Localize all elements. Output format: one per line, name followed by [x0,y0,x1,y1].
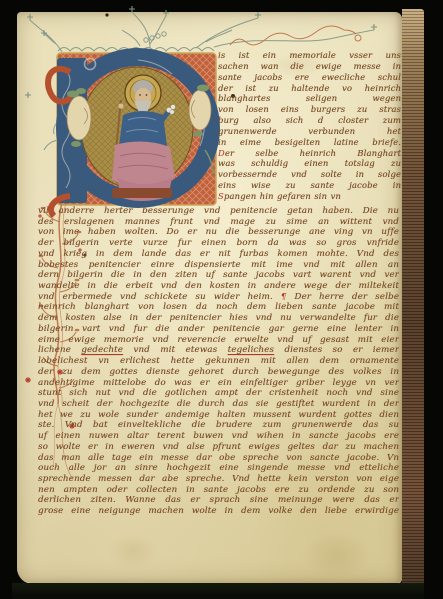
text-line: vnd scheit der hochgezite die durch das … [38,399,399,410]
text-line: vnd erbermede vnd schickete su wider hei… [38,292,399,303]
text-line: der bilgerin verte vurze fur einen born … [38,238,399,249]
text-line: vorbessernde vnd solte in solge [218,169,401,180]
text-line: Der selbe heinrich Blanghart [218,148,401,159]
text-line: von ime haben wolten. Do er nu die besse… [38,227,399,238]
manuscript-photo: is ist ein memoriale vsser unssachen wan… [0,0,443,599]
text-line: dem kosten alse in der penitencier hies … [38,313,399,324]
text-line: sprechende messen dar abe spreche. Vnd h… [38,474,399,485]
text-body-block: vil anderre herter besserunge vnd penite… [38,206,399,517]
parchment-stain [302,532,372,578]
text-line: der ist zu haltende vo heinrich [218,83,401,94]
text-line: eins wise zu sante jacobe in [218,180,401,191]
text-line: wandelte in die erbeit vnd den kosten in… [38,281,399,292]
text-column-beside-initial: is ist ein memoriale vsser unssachen wan… [218,50,401,202]
text-line: andehtigime mittelobe do was er ein einf… [38,378,399,389]
text-line: das man alle tage ein messe dar obe spre… [38,453,399,464]
text-line: is ist ein memoriale vsser uns [218,50,401,61]
text-line: vnd krieg in dem lande das er nit furbas… [38,249,399,260]
text-line: lobelichest vn erlichest hette gekunnen … [38,356,399,367]
text-line: grose eine neigunge machen wolte in dem … [38,506,399,517]
text-line: dern bilgerin die in den ziten uf sante … [38,270,399,281]
text-line: bilgerin vart vnd fur die ander penitenc… [38,324,399,335]
text-line: stunt sich nut vnd die gotlichen ampt de… [38,388,399,399]
text-line: ouch alle jor an sinre hochgezit eine si… [38,463,399,474]
text-line: von losen eins burgers zu stras [218,104,401,115]
text-line: eime ewige memorie vnd reverencie erwelt… [38,335,399,346]
text-line: heinrich blanghart von losen da noch dem… [38,302,399,313]
book-page-edge [402,9,424,585]
text-line: uf einen nuwen altar terent buwen vnd wi… [38,431,399,442]
text-line: blanghartes seligen wegen [218,93,401,104]
text-line: Spangen hin gefaren sin vn [218,191,401,202]
text-line: vil anderre herter besserunge vnd penite… [38,206,399,217]
text-line: sachen wan die ewige messe in [218,61,401,72]
text-line: bobestes penitencier einre dispensierte … [38,260,399,271]
text-line: burg also sich d closter zum [218,115,401,126]
binding-shadow [12,583,424,599]
text-line: sante jacobs ere ewecliche schul [218,72,401,83]
text-line: grunenwerde verbunden het [218,126,401,137]
text-line: nen ampten oder collecten in sante jacob… [38,485,399,496]
text-line: der zu dem gottes dienste gehoret durch … [38,367,399,378]
text-line: het we zu wole sunder andemige halten mu… [38,410,399,421]
text-line: in eime besigelten latine briefe. [218,137,401,148]
text-line: ste. Vnd bat einveltekliche die brudere … [38,420,399,431]
text-line: des erslagenen mannes frunt vnd mage zu … [38,217,399,228]
text-line: lichene gedechte vnd mit etewas tegelich… [38,345,399,356]
text-line: so wolte er in eweren vnd alse pfrunt ew… [38,442,399,453]
text-line: was schuldig einen totslag zu [218,158,401,169]
parchment-stain [107,532,159,570]
text-line: derlichen ziten. Wanne das er sprach sin… [38,495,399,506]
